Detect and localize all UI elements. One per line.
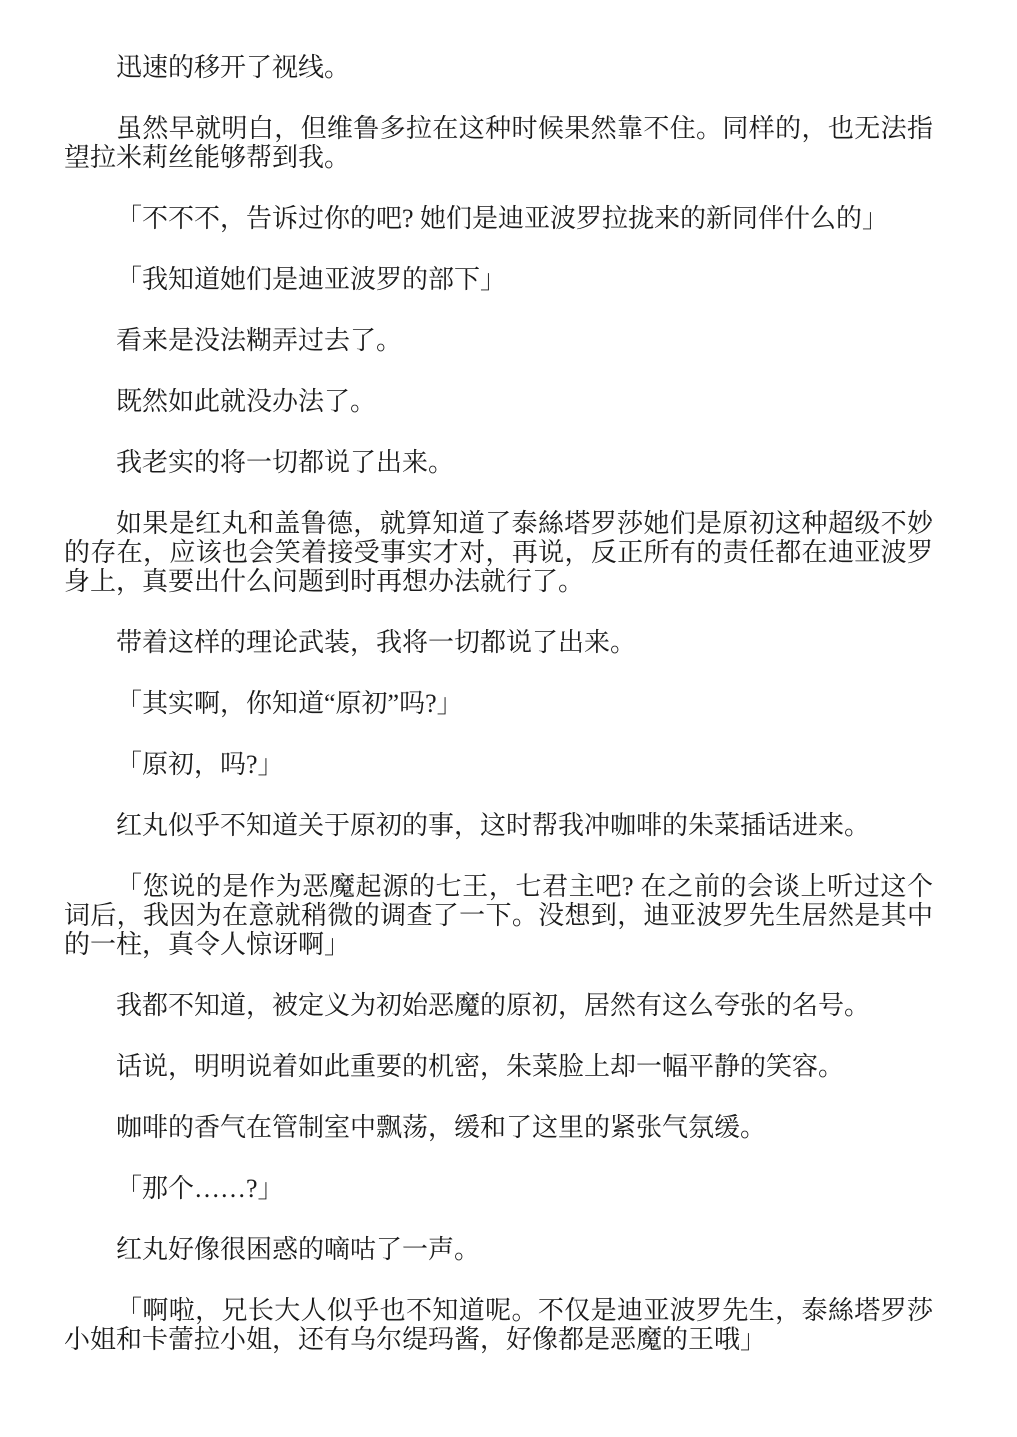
paragraph-dialogue: 「原初，吗?」: [64, 750, 933, 779]
paragraph-dialogue: 「其实啊，你知道“原初”吗?」: [64, 689, 933, 718]
paragraph-dialogue: 「我知道她们是迪亚波罗的部下」: [64, 265, 933, 294]
paragraph-narration: 我老实的将一切都说了出来。: [64, 448, 933, 477]
paragraph-narration: 我都不知道，被定义为初始恶魔的原初，居然有这么夸张的名号。: [64, 991, 933, 1020]
paragraph-narration: 咖啡的香气在管制室中飘荡，缓和了这里的紧张气氛缓。: [64, 1113, 933, 1142]
paragraph-narration: 既然如此就没办法了。: [64, 387, 933, 416]
paragraph-narration: 红丸似乎不知道关于原初的事，这时帮我冲咖啡的朱菜插话进来。: [64, 811, 933, 840]
paragraph-narration: 红丸好像很困惑的嘀咕了一声。: [64, 1235, 933, 1264]
paragraph-dialogue: 「不不不，告诉过你的吧? 她们是迪亚波罗拉拢来的新同伴什么的」: [64, 204, 933, 233]
paragraph-dialogue: 「您说的是作为恶魔起源的七王，七君主吧? 在之前的会谈上听过这个词后，我因为在意…: [64, 872, 933, 959]
novel-page: 迅速的移开了视线。 虽然早就明白，但维鲁多拉在这种时候果然靠不住。同样的，也无法…: [0, 0, 1017, 1437]
paragraph-narration: 虽然早就明白，但维鲁多拉在这种时候果然靠不住。同样的，也无法指望拉米莉丝能够帮到…: [64, 114, 933, 172]
text-block: 迅速的移开了视线。 虽然早就明白，但维鲁多拉在这种时候果然靠不住。同样的，也无法…: [0, 0, 1017, 1354]
paragraph-narration: 话说，明明说着如此重要的机密，朱菜脸上却一幅平静的笑容。: [64, 1052, 933, 1081]
paragraph-narration: 如果是红丸和盖鲁德，就算知道了泰絲塔罗莎她们是原初这种超级不妙的存在，应该也会笑…: [64, 509, 933, 596]
paragraph-narration: 带着这样的理论武装，我将一切都说了出来。: [64, 628, 933, 657]
paragraph-narration: 迅速的移开了视线。: [64, 53, 933, 82]
paragraph-narration: 看来是没法糊弄过去了。: [64, 326, 933, 355]
paragraph-dialogue: 「啊啦，兄长大人似乎也不知道呢。不仅是迪亚波罗先生，泰絲塔罗莎小姐和卡蕾拉小姐，…: [64, 1296, 933, 1354]
paragraph-dialogue: 「那个……?」: [64, 1174, 933, 1203]
